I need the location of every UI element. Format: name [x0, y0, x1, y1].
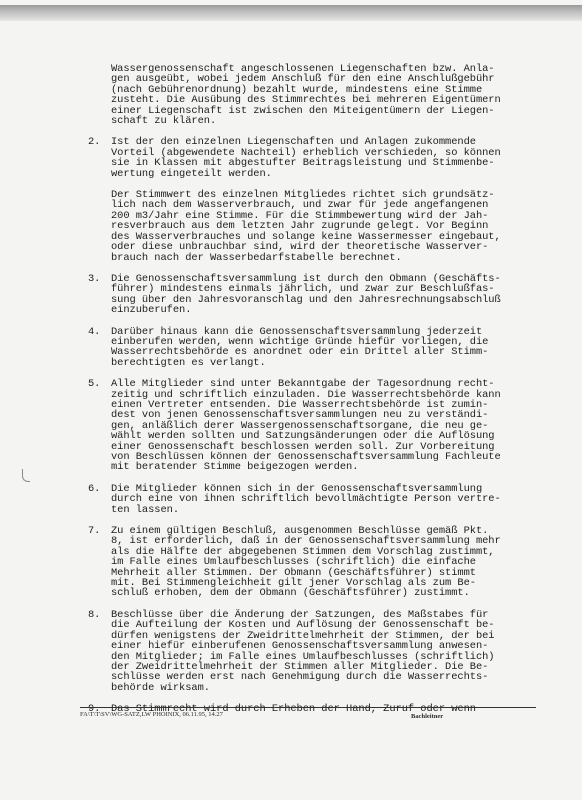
text-line: schluß erhoben, dem der Obmann (Geschäft…	[111, 588, 548, 598]
paragraph-number: 6.	[88, 484, 100, 494]
scan-margin-mark	[22, 469, 30, 482]
paragraph-number: 7.	[88, 526, 100, 536]
text-line: einer hiefür einberufenen Genossenschaft…	[111, 641, 548, 651]
paragraph-number: 4.	[88, 327, 100, 337]
numbered-paragraph: 3.Die Genossenschaftsversammlung ist dur…	[88, 274, 548, 316]
paragraph-number: 3.	[88, 274, 100, 284]
numbered-paragraph: 4.Darüber hinaus kann die Genossenschaft…	[88, 327, 548, 369]
paragraph: Der Stimmwert des einzelnen Mitgliedes r…	[88, 190, 548, 263]
paragraph-number: 5.	[88, 379, 100, 389]
scan-top-shadow	[0, 5, 582, 21]
text-line: Alle Mitglieder sind unter Bekanntgabe d…	[111, 379, 548, 389]
numbered-paragraph: 6.Die Mitglieder können sich in der Geno…	[88, 484, 548, 515]
text-line: einzuberufen.	[111, 305, 548, 315]
document-body: Wassergenossenschaft angeschlossenen Lie…	[88, 64, 548, 726]
text-line: mit beratender Stimme beigezogen werden.	[111, 462, 548, 472]
footer-author: Bachleitner	[411, 713, 443, 720]
numbered-paragraph: 5.Alle Mitglieder sind unter Bekanntgabe…	[88, 379, 548, 473]
text-line: ten lassen.	[111, 505, 548, 515]
text-line: wertung eingeteilt werden.	[111, 169, 548, 179]
numbered-paragraph: 8.Beschlüsse über die Änderung der Satzu…	[88, 610, 548, 693]
paragraph-number: 2.	[88, 137, 100, 147]
paragraph-number: 8.	[88, 610, 100, 620]
text-line: berechtigten es verlangt.	[111, 358, 548, 368]
numbered-paragraph: 7.Zu einem gültigen Beschluß, ausgenomme…	[88, 526, 548, 599]
footer-file-path: FA\T\T\SV\WG-SATZ,LW PHOINIX, 06.11.95, …	[80, 711, 223, 718]
text-line: schaft zu klären.	[111, 116, 548, 126]
text-line: behörde wirksam.	[111, 683, 548, 693]
footer-divider	[80, 707, 536, 708]
text-line: oder diese unbrauchbar sind, wird der th…	[111, 242, 548, 252]
paragraph: Wassergenossenschaft angeschlossenen Lie…	[88, 64, 548, 126]
text-line: brauch nach der Wasserbedarfstabelle ber…	[111, 253, 548, 263]
numbered-paragraph: 2.Ist der den einzelnen Liegenschaften u…	[88, 137, 548, 179]
